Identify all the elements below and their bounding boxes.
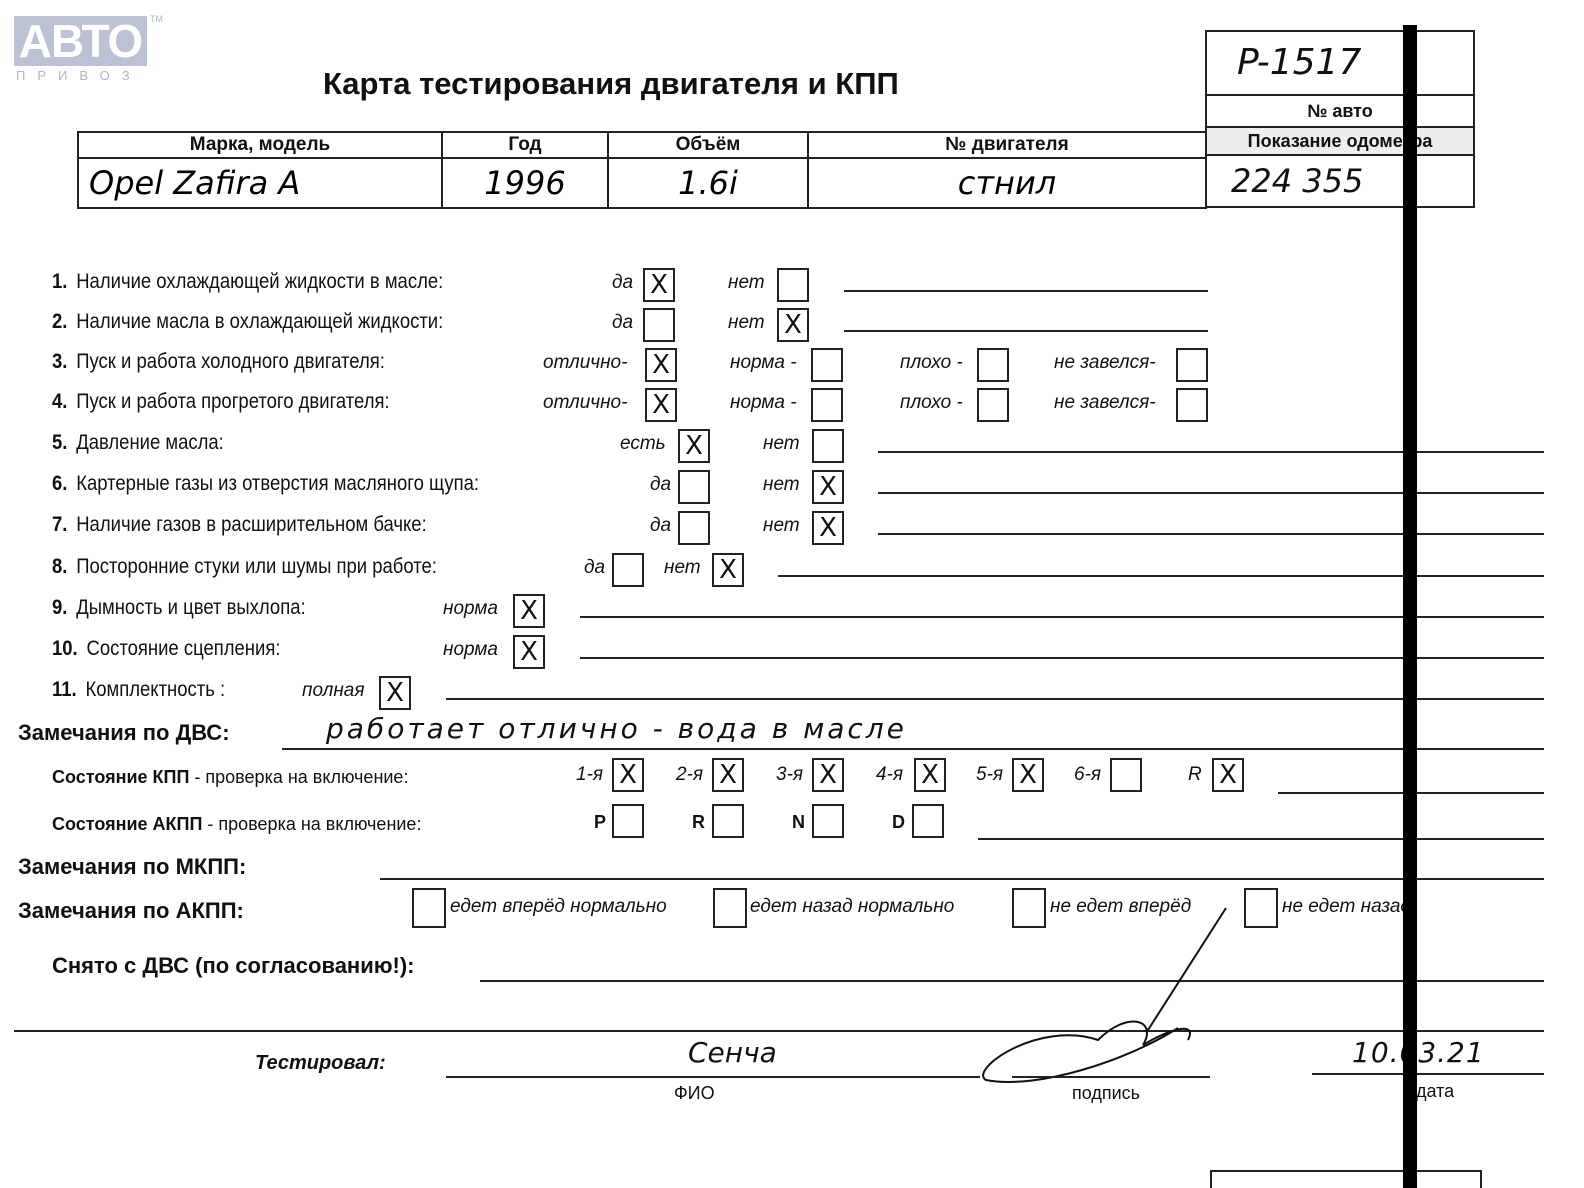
akpp-option-label: едет назад нормально [750,896,954,918]
year-field[interactable]: 1996 [443,159,607,207]
option-checkbox[interactable] [977,388,1009,422]
answer-line[interactable] [446,698,1544,700]
item-number: 5. [52,431,67,454]
option-label: да [612,272,633,294]
col-volume: Объём [609,133,807,157]
vehicle-info-table: Марка, модель Год Объём № двигателя Opel… [77,131,1207,209]
volume-field[interactable]: 1.6i [609,159,807,207]
item-text: Комплектность : [85,678,225,701]
option-label: нет [728,272,765,294]
akpp-option-label: не едет назад [1282,896,1411,918]
mkpp-remarks-label: Замечания по МКПП: [18,854,246,880]
item-number: 8. [52,555,67,578]
position-checkbox[interactable] [712,804,744,838]
position-checkbox[interactable] [812,804,844,838]
option-checkbox[interactable]: X [812,470,844,504]
option-checkbox[interactable]: X [678,429,710,463]
auto-gearbox-title: Состояние АКПП [52,814,202,834]
option-label: нет [664,557,701,579]
option-checkbox[interactable]: X [645,388,677,422]
tested-by-label: Тестировал: [255,1052,386,1075]
checklist-item: 11.Комплектность : [52,678,225,702]
option-checkbox[interactable] [1176,348,1208,382]
mkpp-remarks-line[interactable] [380,878,1544,880]
tester-name-field[interactable]: Сенча [688,1036,777,1069]
gear-label: R [1188,764,1202,786]
odometer-label: Показание одометра [1207,128,1473,156]
position-checkbox[interactable] [912,804,944,838]
item-number: 10. [52,637,78,660]
engine-number-field[interactable]: стнил [809,159,1205,207]
checklist-item: 6.Картерные газы из отверстия масляного … [52,472,479,496]
manual-gearbox-desc: - проверка на включение: [189,767,408,787]
option-checkbox[interactable]: X [643,268,675,302]
logo-brand: АВТО [14,16,147,66]
scan-artifact-bar [1403,25,1417,1188]
gear-checkbox[interactable]: X [812,758,844,792]
gear-checkbox[interactable]: X [1012,758,1044,792]
option-label: не завелся- [1054,392,1156,414]
option-label: отлично- [543,392,627,414]
name-line [446,1076,980,1078]
gear-label: 4-я [876,764,903,786]
item-text: Посторонние стуки или шумы при работе: [76,555,437,578]
item-number: 3. [52,350,67,373]
gear-checkbox[interactable]: X [612,758,644,792]
option-label: нет [763,474,800,496]
item-text: Пуск и работа холодного двигателя: [76,350,385,373]
gear-label: 6-я [1074,764,1101,786]
item-text: Дымность и цвет выхлопа: [76,596,305,619]
akpp-option-label: едет вперёд нормально [450,896,667,918]
akpp-remarks-label: Замечания по АКПП: [18,898,244,924]
position-label: P [594,812,606,833]
item-text: Состояние сцепления: [86,637,280,660]
item-number: 4. [52,390,67,413]
option-label: да [584,557,605,579]
checklist-item: 5.Давление масла: [52,431,224,455]
section-divider [14,1030,1544,1032]
logo-subtitle: ПРИВОЗ [14,68,147,83]
item-number: 6. [52,472,67,495]
option-label: плохо - [900,352,963,374]
option-label: да [650,474,671,496]
akpp-option-checkbox[interactable] [412,888,446,928]
gear-label: 2-я [676,764,703,786]
auto-gearbox-label: Состояние АКПП - проверка на включение: [52,814,421,835]
item-text: Давление масла: [76,431,224,454]
item-text: Наличие масла в охлаждающей жидкости: [76,310,443,333]
col-make-model: Марка, модель [79,133,441,157]
option-label: полная [302,680,365,702]
col-year: Год [443,133,607,157]
option-checkbox[interactable]: X [513,635,545,669]
answer-line[interactable] [778,575,1544,577]
col-engine-number: № двигателя [809,133,1205,157]
option-checkbox[interactable] [643,308,675,342]
trademark-mark: TM [150,14,163,24]
option-checkbox[interactable] [977,348,1009,382]
akpp-option-checkbox[interactable] [1244,888,1278,928]
item-text: Наличие охлаждающей жидкости в масле: [76,270,443,293]
page-title: Карта тестирования двигателя и КПП [323,66,899,102]
signature-line [1012,1076,1210,1078]
position-label: N [792,812,805,833]
position-label: R [692,812,705,833]
gear-label: 1-я [576,764,603,786]
item-number: 7. [52,513,67,536]
auto-number-field[interactable]: P-1517 [1207,32,1473,96]
option-checkbox[interactable]: X [812,511,844,545]
checklist-item: 3.Пуск и работа холодного двигателя: [52,350,385,374]
answer-line[interactable] [580,616,1544,618]
manual-gearbox-label: Состояние КПП - проверка на включение: [52,767,408,788]
answer-line[interactable] [878,533,1544,535]
checklist-item: 7.Наличие газов в расширительном бачке: [52,513,427,537]
gear-label: 3-я [776,764,803,786]
checklist-item: 9.Дымность и цвет выхлопа: [52,596,306,620]
answer-line[interactable] [844,290,1208,292]
position-label: D [892,812,905,833]
option-label: нет [728,312,765,334]
option-checkbox[interactable] [811,388,843,422]
bottom-box [1210,1170,1482,1188]
option-checkbox[interactable]: X [712,553,744,587]
option-label: норма [443,598,498,620]
make-model-field[interactable]: Opel Zafira A [79,159,441,207]
item-number: 9. [52,596,67,619]
item-text: Картерные газы из отверстия масляного щу… [76,472,479,495]
option-checkbox[interactable] [612,553,644,587]
option-label: есть [620,433,666,455]
option-checkbox[interactable] [1176,388,1208,422]
option-label: отлично- [543,352,627,374]
auto-odometer-box: P-1517 № авто Показание одометра 224 355 [1205,30,1475,208]
option-label: плохо - [900,392,963,414]
option-label: норма - [730,352,797,374]
removed-label: Снято с ДВС (по согласованию!): [52,953,415,979]
option-checkbox[interactable] [678,470,710,504]
option-checkbox[interactable]: X [513,594,545,628]
option-label: норма [443,639,498,661]
akpp-option-checkbox[interactable] [713,888,747,928]
answer-line[interactable] [580,657,1544,659]
option-label: да [612,312,633,334]
gear-checkbox[interactable] [1110,758,1142,792]
item-number: 2. [52,310,67,333]
option-checkbox[interactable] [812,429,844,463]
date-caption: дата [1416,1081,1454,1102]
gear-checkbox[interactable]: X [712,758,744,792]
auto-gearbox-desc: - проверка на включение: [202,814,421,834]
checklist-item: 2.Наличие масла в охлаждающей жидкости: [52,310,443,334]
gear-label: 5-я [976,764,1003,786]
gear-checkbox[interactable]: X [1212,758,1244,792]
option-label: норма - [730,392,797,414]
manual-gearbox-title: Состояние КПП [52,767,189,787]
checklist-item: 1.Наличие охлаждающей жидкости в масле: [52,270,443,294]
engine-remarks-label: Замечания по ДВС: [18,720,230,746]
option-checkbox[interactable]: X [777,308,809,342]
date-line [1312,1073,1544,1075]
autoprivoz-logo: АВТО ПРИВОЗ [14,16,147,83]
option-checkbox[interactable] [811,348,843,382]
option-label: нет [763,515,800,537]
auto-gearbox-line [978,838,1544,840]
option-checkbox[interactable]: X [379,676,411,710]
item-text: Наличие газов в расширительном бачке: [76,513,427,536]
item-number: 11. [52,678,77,701]
item-number: 1. [52,270,67,293]
checklist-item: 8.Посторонние стуки или шумы при работе: [52,555,437,579]
odometer-field[interactable]: 224 355 [1207,156,1473,206]
option-label: да [650,515,671,537]
engine-remarks-field[interactable]: работает отлично - вода в масле [326,712,907,745]
name-caption: ФИО [674,1083,715,1104]
engine-remarks-line [282,748,1544,750]
answer-line[interactable] [844,330,1208,332]
item-text: Пуск и работа прогретого двигателя: [76,390,389,413]
date-field[interactable]: 10.03.21 [1352,1036,1485,1069]
option-label: нет [763,433,800,455]
option-label: не завелся- [1054,352,1156,374]
signature-caption: подпись [1072,1083,1140,1104]
option-checkbox[interactable] [777,268,809,302]
answer-line[interactable] [878,451,1544,453]
answer-line[interactable] [878,492,1544,494]
checklist-item: 10.Состояние сцепления: [52,637,280,661]
signature-scribble [978,900,1238,1090]
gear-checkbox[interactable]: X [914,758,946,792]
option-checkbox[interactable]: X [645,348,677,382]
position-checkbox[interactable] [612,804,644,838]
checklist-item: 4.Пуск и работа прогретого двигателя: [52,390,390,414]
auto-number-label: № авто [1207,96,1473,128]
option-checkbox[interactable] [678,511,710,545]
